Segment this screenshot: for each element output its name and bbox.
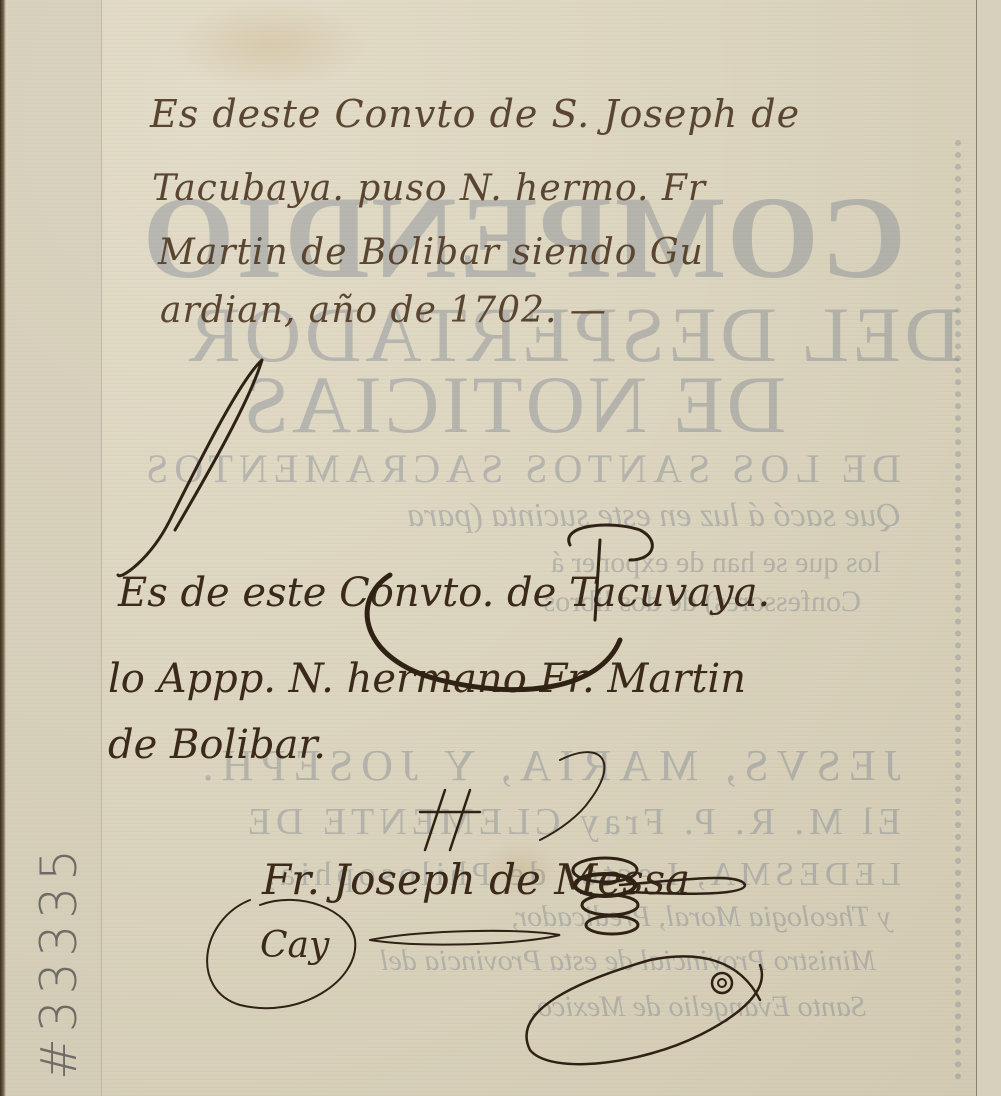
inscription-top-line: Martin de Bolibar siendo Gu — [158, 232, 704, 273]
ornamental-border — [925, 140, 961, 1080]
signature: Fr. Joseph de Messa — [262, 855, 690, 904]
bleed-line: Que sacó á luz en este sucinta (para — [407, 497, 901, 535]
bleed-line: Ministro Provincial de esta Provincia de… — [380, 944, 876, 978]
document-page: COMPENDIO DEL DESPERTADOR DE NOTICIAS DE… — [0, 0, 1001, 1096]
inscription-middle-line: de Bolibar. — [108, 722, 326, 768]
inscription-top-line: Tacubaya. puso N. hermo. Fr — [152, 168, 706, 209]
bleed-line: y Theologia Moral, Predicador, — [511, 900, 891, 934]
water-stain — [170, 0, 370, 90]
shelfmark-pencil: #33335 — [30, 843, 88, 1080]
inscription-top-line: Es deste Convto de S. Joseph de — [150, 92, 800, 136]
pen-flourishes — [0, 0, 1001, 1096]
bleed-line: Santo Evangelio de Mexico. — [529, 990, 866, 1024]
page-edge-right — [976, 0, 1001, 1096]
inscription-middle-line: lo Appp. N. hermano Fr. Martin — [108, 656, 746, 702]
bleed-line: DE LOS SANTOS SACRAMENTOS — [140, 445, 901, 492]
inscription-middle-line: Es de este Convto. de Tacuvaya. — [118, 570, 770, 616]
bleed-line: DE NOTICIAS — [241, 358, 786, 452]
inscription-top-line: ardian, año de 1702. — — [160, 290, 607, 331]
bleed-through-print: COMPENDIO DEL DESPERTADOR DE NOTICIAS DE… — [0, 0, 1001, 1096]
rubric-note: Cay — [260, 925, 329, 966]
bleed-line: El M. R. P. Fray CLEMENTE DE — [243, 800, 901, 844]
